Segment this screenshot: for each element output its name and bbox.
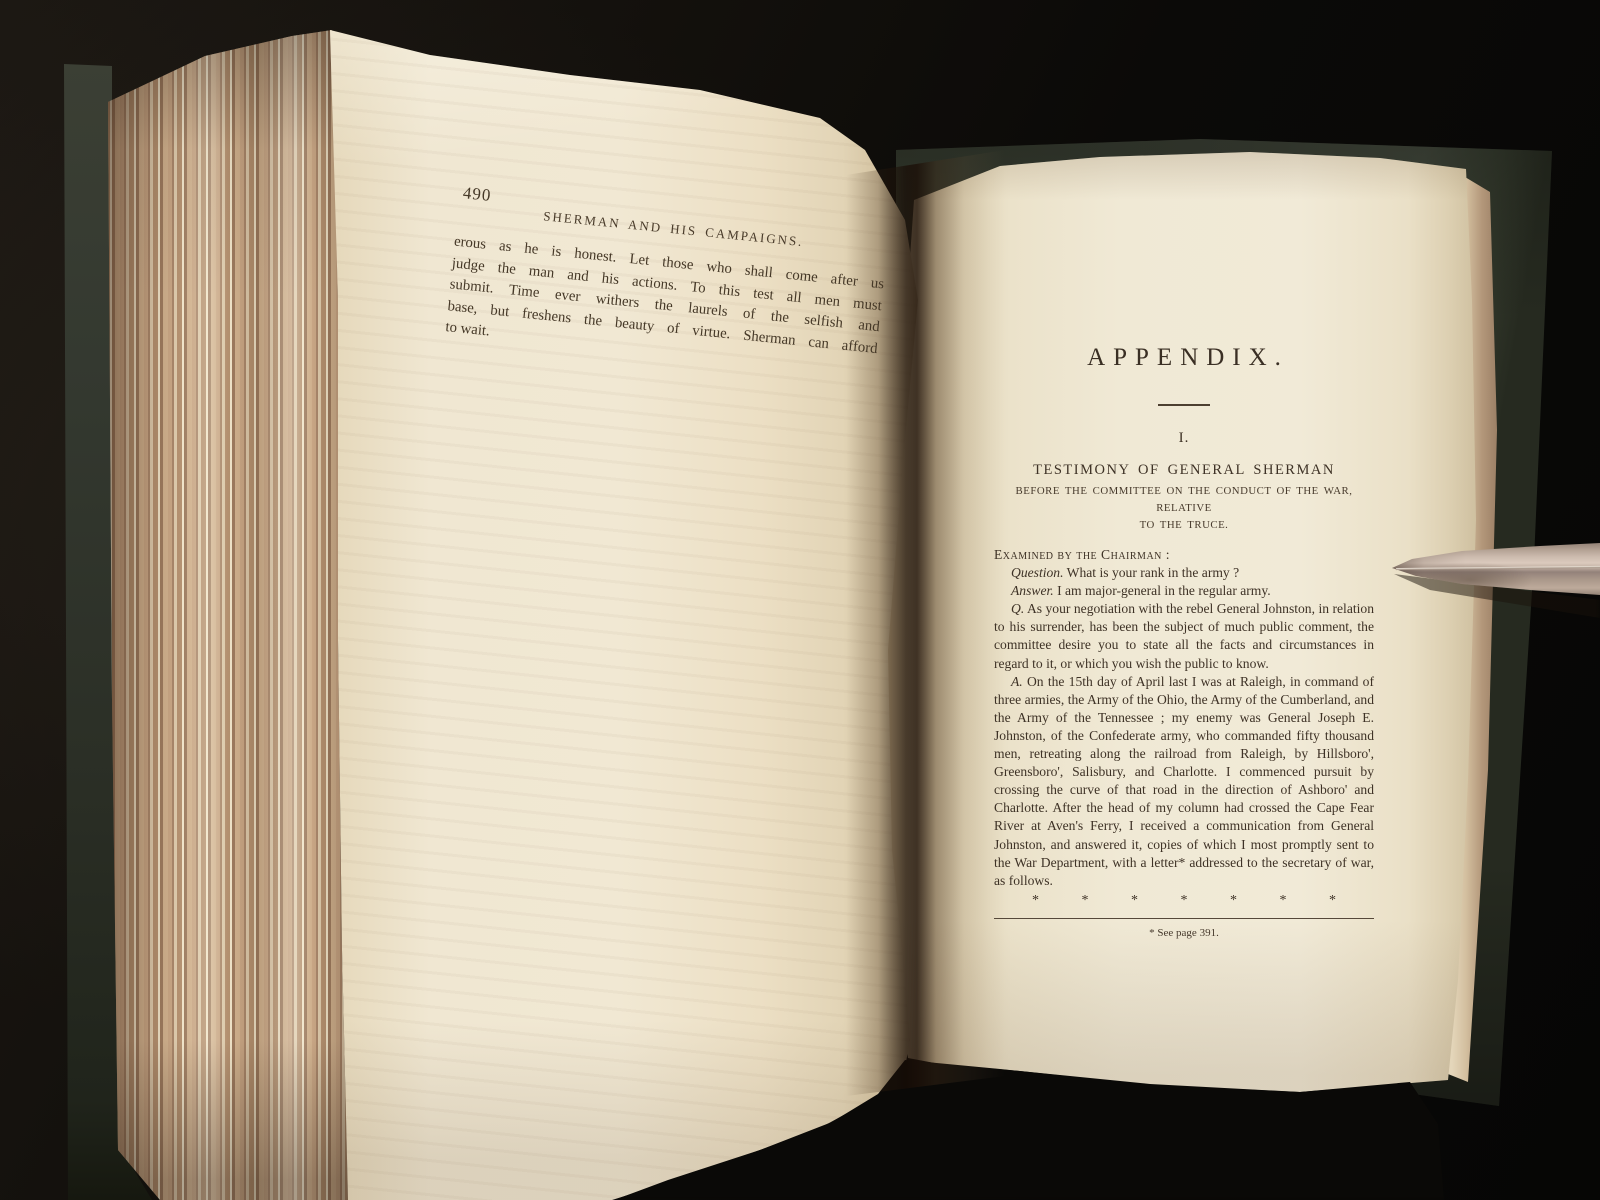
footnote: * See page 391. [994, 927, 1374, 939]
asterisk-row: * * * * * * * [994, 893, 1374, 909]
qa-lead: Answer. [1011, 583, 1054, 598]
examined-heading: Examined by the Chairman : [994, 546, 1374, 564]
testimony-body: Examined by the Chairman : Question. Wha… [994, 546, 1374, 890]
section-subtitle: BEFORE THE COMMITTEE ON THE CONDUCT OF T… [994, 483, 1374, 534]
appendix-title: APPENDIX. [994, 344, 1374, 372]
qa-lead: Question. [1011, 565, 1063, 580]
qa-lead: Q. [1011, 601, 1024, 616]
section-subtitle-line: BEFORE THE COMMITTEE ON THE CONDUCT OF T… [994, 483, 1374, 517]
appendix-rule [1158, 404, 1210, 406]
qa-lead: A. [1011, 674, 1023, 689]
open-book-photo: 490 SHERMAN AND HIS CAMPAIGNS. erous as … [0, 0, 1600, 1200]
right-page-content: APPENDIX. I. TESTIMONY OF GENERAL SHERMA… [994, 338, 1374, 939]
section-subtitle-line: TO THE TRUCE. [994, 517, 1374, 534]
section-title: TESTIMONY OF GENERAL SHERMAN [994, 462, 1374, 479]
section-numeral: I. [994, 430, 1374, 447]
footnote-rule [994, 918, 1374, 919]
qa-text: As your negotiation with the rebel Gener… [994, 601, 1374, 670]
qa-paragraph: Answer. I am major-general in the regula… [994, 582, 1374, 600]
left-page-paragraph: erous as he is honest. Let those who sha… [444, 232, 885, 382]
qa-text: I am major-general in the regular army. [1057, 583, 1271, 598]
qa-paragraph: Q. As your negotiation with the rebel Ge… [994, 600, 1374, 672]
qa-text: On the 15th day of April last I was at R… [994, 674, 1374, 888]
qa-paragraph: Question. What is your rank in the army … [994, 564, 1374, 582]
qa-paragraph: A. On the 15th day of April last I was a… [994, 673, 1374, 890]
qa-text: What is your rank in the army ? [1067, 565, 1240, 580]
